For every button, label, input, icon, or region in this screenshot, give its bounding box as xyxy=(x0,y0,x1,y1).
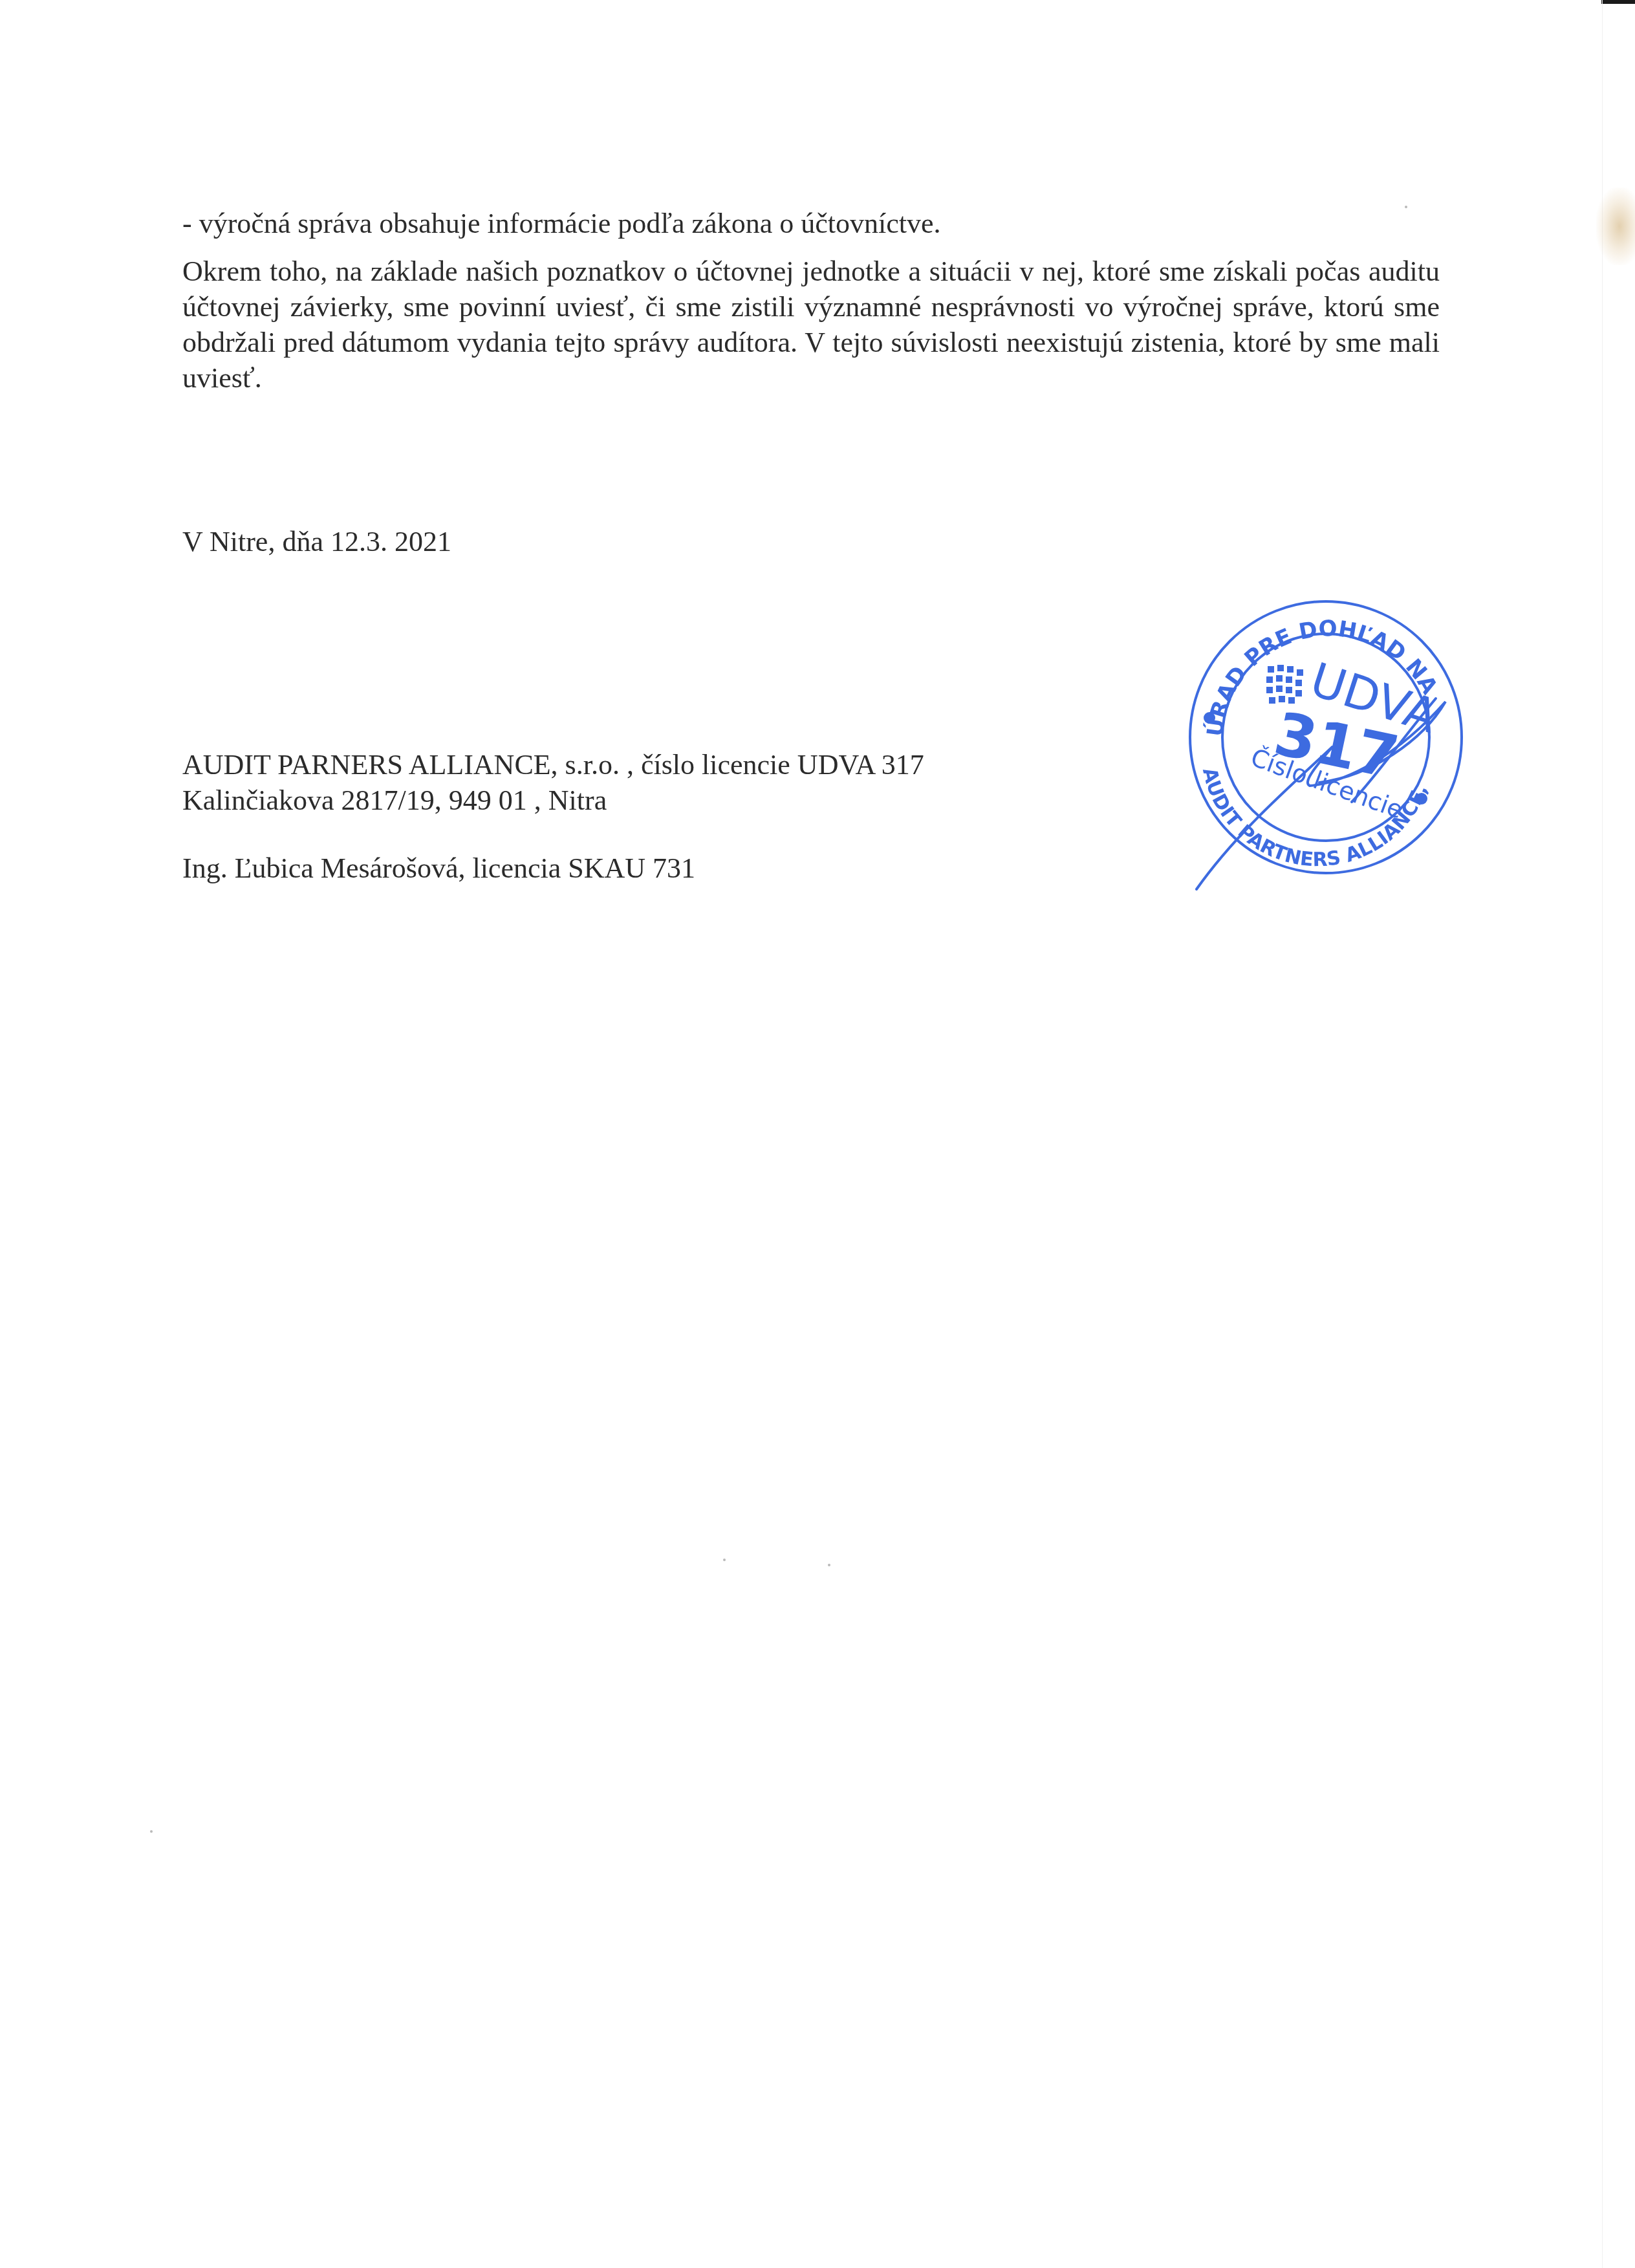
findings-paragraph: Okrem toho, na základe našich poznatkov … xyxy=(182,254,1440,396)
scan-speck xyxy=(828,1564,830,1566)
scan-speck xyxy=(723,1559,726,1561)
scan-speck xyxy=(150,1830,153,1833)
udva-logo-icon xyxy=(1266,665,1303,704)
place-and-date: V Nitre, dňa 12.3. 2021 xyxy=(182,524,1440,559)
license-stamp: ÚRAD PRE DOHĽAD NAD VÝKONOM AUDITU AUDIT… xyxy=(1177,589,1488,977)
paper-stain xyxy=(1596,188,1635,265)
scan-edge-mark xyxy=(1601,0,1635,4)
scan-edge-line xyxy=(1602,0,1603,2268)
stamp-graphic: ÚRAD PRE DOHĽAD NAD VÝKONOM AUDITU AUDIT… xyxy=(1177,589,1488,977)
annual-report-bullet: - výročná správa obsahuje informácie pod… xyxy=(182,206,1440,241)
